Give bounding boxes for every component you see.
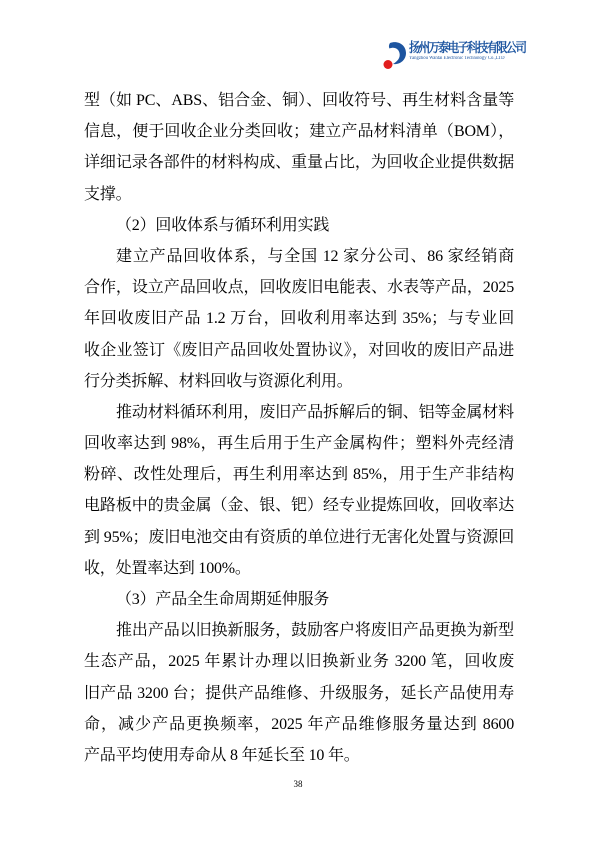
company-logo: 扬州万泰电子科技有限公司 Yangzhou Wantai Electronic … xyxy=(383,40,541,71)
section-heading: （3）产品全生命周期延伸服务 xyxy=(84,584,514,615)
text-line: 推动材料循环利用，废旧产品拆解后的铜、铝等金属材料 xyxy=(84,397,514,428)
text-line: 电路板中的贵金属（金、银、钯）经专业提炼回收，回收率达 xyxy=(84,490,514,521)
text-line: 收，处置率达到 100%。 xyxy=(84,553,514,584)
text-line: 产品平均使用寿命从 8 年延长至 10 年。 xyxy=(84,740,514,771)
logo-red-dot xyxy=(384,60,393,69)
logo-text-block: 扬州万泰电子科技有限公司 Yangzhou Wantai Electronic … xyxy=(409,40,541,62)
text-line: 粉碎、改性处理后，再生利用率达到 85%，用于生产非结构件； xyxy=(84,459,514,490)
text-line: 推出产品以旧换新服务，鼓励客户将废旧产品更换为新型 xyxy=(84,615,514,646)
text-line: 信息，便于回收企业分类回收；建立产品材料清单（BOM）， xyxy=(84,116,514,147)
text-line: 年回收废旧产品 1.2 万台，回收利用率达到 35%；与专业回 xyxy=(84,303,514,334)
text-line: 行分类拆解、材料回收与资源化利用。 xyxy=(84,366,514,397)
section-heading: （2）回收体系与循环利用实践 xyxy=(84,210,514,241)
text-line: 命，减少产品更换频率，2025 年产品维修服务量达到 8600 次， xyxy=(84,709,514,740)
page-number: 38 xyxy=(0,778,596,790)
document-page: 扬州万泰电子科技有限公司 Yangzhou Wantai Electronic … xyxy=(0,0,596,842)
text-line: 旧产品 3200 台；提供产品维修、升级服务，延长产品使用寿 xyxy=(84,678,514,709)
company-name-zh: 扬州万泰电子科技有限公司 xyxy=(409,40,525,55)
logo-mark-icon xyxy=(383,40,407,71)
text-line: 生态产品，2025 年累计办理以旧换新业务 3200 笔，回收废 xyxy=(84,646,514,677)
text-line: 支撑。 xyxy=(84,179,514,210)
company-name-en: Yangzhou Wantai Electronic Technology Co… xyxy=(409,55,534,62)
text-line: 合作，设立产品回收点，回收废旧电能表、水表等产品，2025 xyxy=(84,272,514,303)
logo-swirl-shape xyxy=(389,42,406,64)
text-line: 详细记录各部件的材料构成、重量占比，为回收企业提供数据 xyxy=(84,147,514,178)
document-body: 型（如 PC、ABS、铝合金、铜）、回收符号、再生材料含量等信息，便于回收企业分… xyxy=(84,85,514,771)
text-line: 建立产品回收体系，与全国 12 家分公司、86 家经销商 xyxy=(84,241,514,272)
text-line: 到 95%；废旧电池交由有资质的单位进行无害化处置与资源回 xyxy=(84,522,514,553)
text-line: 回收率达到 98%，再生后用于生产金属构件；塑料外壳经清洗、 xyxy=(84,428,514,459)
text-line: 收企业签订《废旧产品回收处置协议》，对回收的废旧产品进 xyxy=(84,335,514,366)
text-line: 型（如 PC、ABS、铝合金、铜）、回收符号、再生材料含量等 xyxy=(84,85,514,116)
